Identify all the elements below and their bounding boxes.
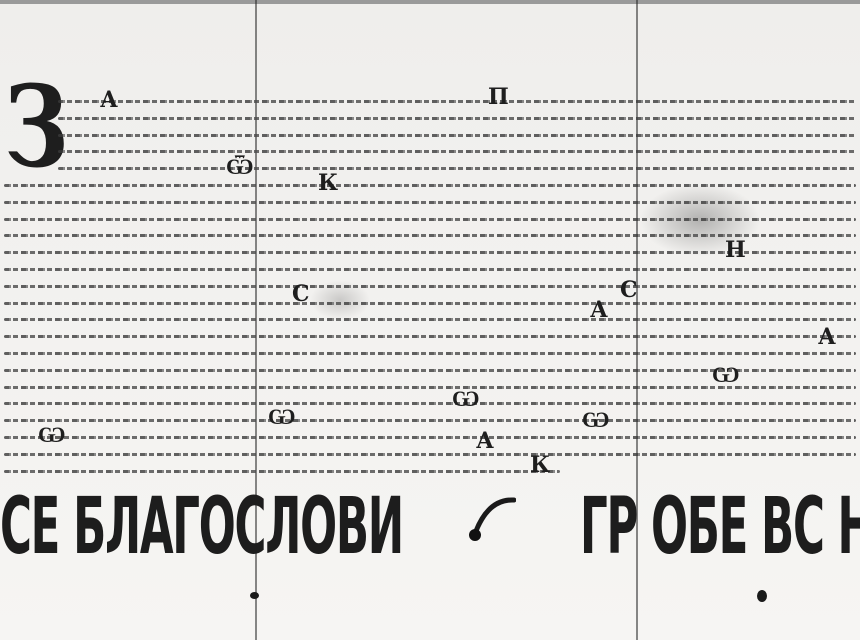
- decorated-initial: К: [318, 170, 338, 196]
- text-line: [4, 335, 856, 338]
- text-line: [4, 402, 856, 405]
- decorated-initial: А: [476, 428, 494, 454]
- text-line: [4, 470, 560, 473]
- text-line: [4, 302, 856, 305]
- decorated-initial: Ѡ: [38, 422, 66, 448]
- decorated-initial: Н: [725, 237, 746, 263]
- text-line: [58, 100, 856, 103]
- text-line: [58, 167, 856, 170]
- decorated-initial: С: [620, 277, 638, 303]
- text-line: [58, 117, 856, 120]
- decorated-initial: К: [530, 452, 550, 478]
- text-line: [4, 453, 856, 456]
- ink-blot: [757, 590, 767, 602]
- ink-blot: [250, 592, 259, 599]
- text-line: [58, 150, 856, 153]
- text-line: [4, 201, 856, 204]
- scan-edge: [0, 0, 860, 4]
- text-line: [4, 218, 856, 221]
- decorated-initial: С: [292, 281, 310, 307]
- decorated-initial: Ѡ: [452, 386, 480, 412]
- text-line: [4, 352, 856, 355]
- signature-right: ГР ОБЕ ВС НАМНО: [580, 482, 860, 572]
- text-line: [4, 184, 856, 187]
- text-line: [4, 285, 856, 288]
- decorated-initial: А: [818, 324, 836, 350]
- text-line: [4, 268, 856, 271]
- manuscript-page: З АПѾКНССААѠѠѠѠѠАК СЕ БЛАГОСЛОВИ ГР ОБЕ …: [0, 0, 860, 640]
- decorated-initial: Ѡ: [712, 362, 740, 388]
- text-line: [4, 318, 856, 321]
- pen-stroke-mark: [466, 497, 516, 545]
- text-line: [58, 134, 856, 137]
- decorated-initial: Ѡ: [268, 404, 296, 430]
- signature-left: СЕ БЛАГОСЛОВИ: [0, 482, 403, 572]
- text-line: [4, 419, 856, 422]
- decorated-initial: А: [590, 297, 608, 323]
- decorated-initial: А: [100, 87, 118, 113]
- decorated-initial: П: [488, 84, 509, 110]
- decorated-initial: Ѡ: [582, 407, 610, 433]
- text-line: [4, 436, 856, 439]
- decorated-initial: Ѿ: [226, 154, 254, 180]
